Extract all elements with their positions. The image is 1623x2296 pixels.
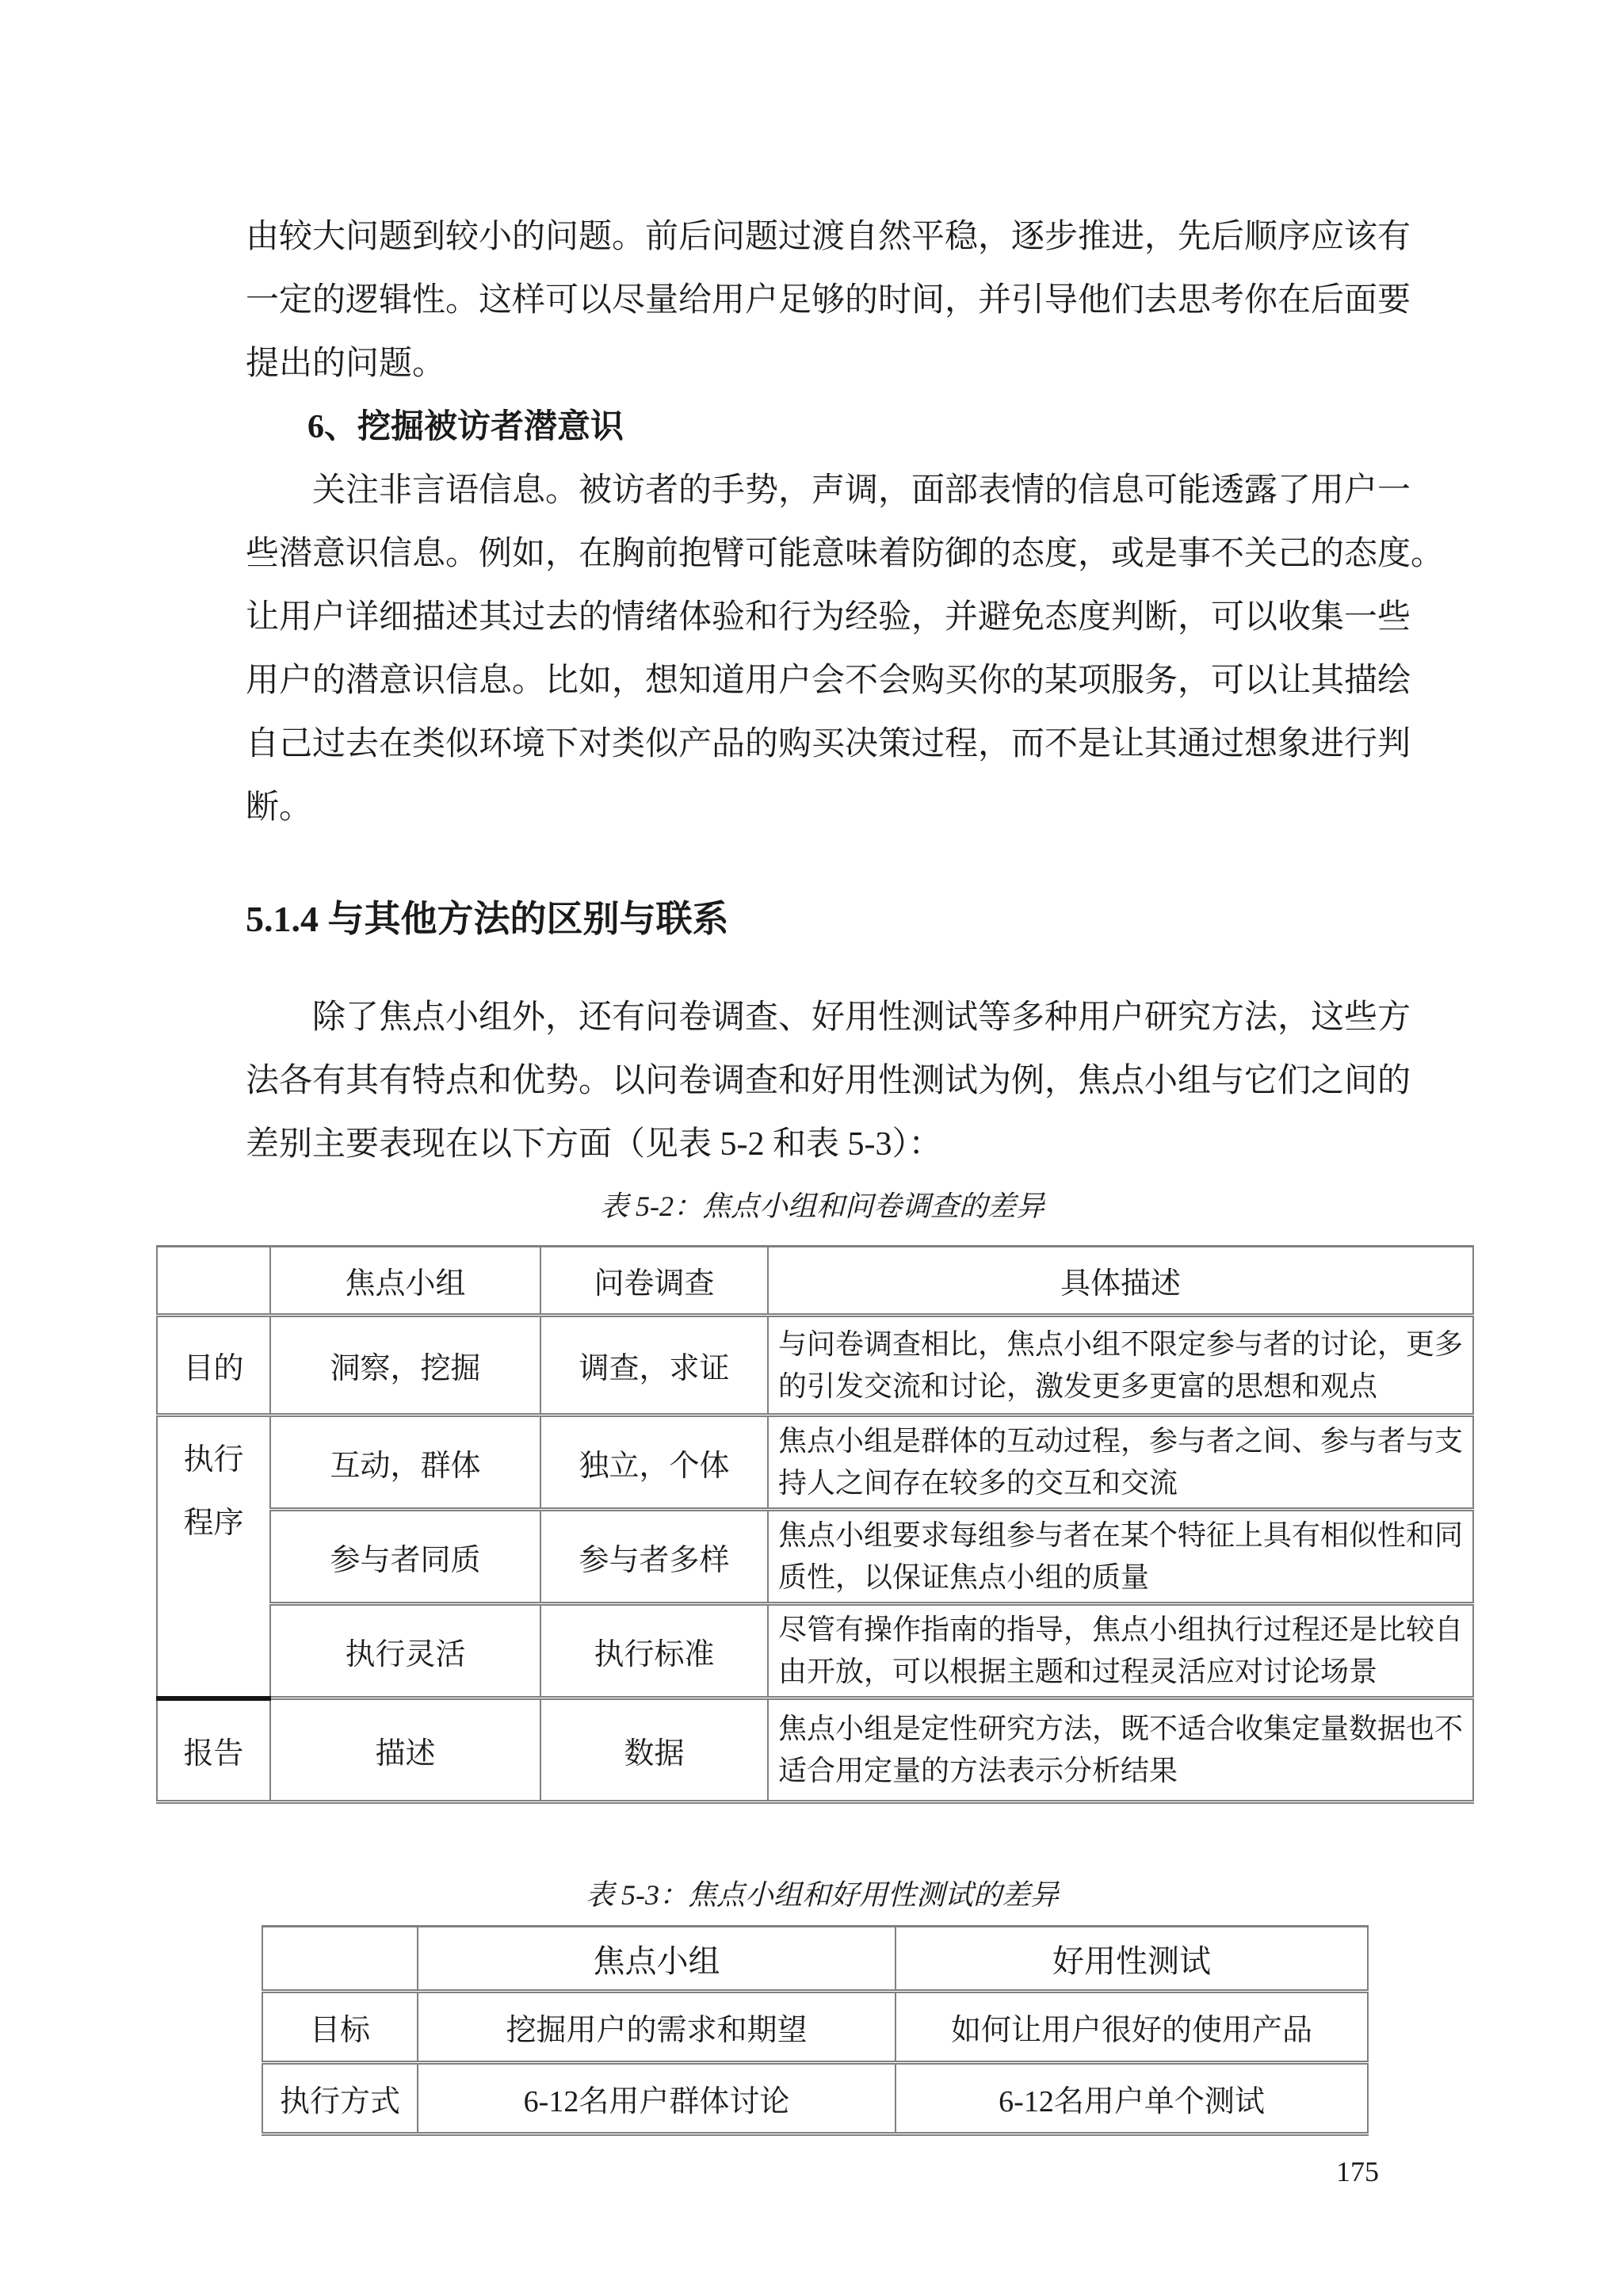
table-row: 参与者同质 参与者多样 焦点小组要求每组参与者在某个特征上具有相似性和同质性，以…	[157, 1510, 1473, 1604]
row-label-cell-merged: 执行程序	[157, 1415, 270, 1698]
description-cell: 与问卷调查相比，焦点小组不限定参与者的讨论，更多的引发交流和讨论，激发更多更富的…	[768, 1316, 1473, 1415]
table-5-3-caption: 表 5-3：焦点小组和好用性测试的差异	[246, 1871, 1399, 1919]
text-line: 一定的逻辑性。这样可以尽量给用户足够的时间，并引导他们去思考你在后面要	[246, 269, 1399, 332]
text-line: 些潜意识信息。例如，在胸前抱臂可能意味着防御的态度，或是事不关己的态度。	[246, 522, 1399, 586]
focus-group-cell: 洞察，挖掘	[270, 1316, 540, 1415]
text-line: 法各有其有特点和优势。以问卷调查和好用性测试为例，焦点小组与它们之间的	[246, 1049, 1399, 1113]
usability-test-cell: 6-12名用户单个测试	[896, 2063, 1368, 2134]
table-5-3-header-row: 焦点小组 好用性测试	[262, 1927, 1368, 1992]
text-line: 关注非言语信息。被访者的手势，声调，面部表情的信息可能透露了用户一	[246, 459, 1399, 522]
text-line: 由较大问题到较小的问题。前后问题过渡自然平稳，逐步推进，先后顺序应该有	[246, 205, 1399, 269]
table-row: 报告 描述 数据 焦点小组是定性研究方法，既不适合收集定量数据也不适合用定量的方…	[157, 1698, 1473, 1802]
survey-cell: 执行标准	[540, 1604, 768, 1698]
row-label-cell: 目标	[262, 1992, 418, 2063]
table-5-2-caption: 表 5-2：焦点小组和问卷调查的差异	[246, 1182, 1399, 1230]
focus-group-cell: 描述	[270, 1698, 540, 1802]
section-heading-5-1-4: 5.1.4 与其他方法的区别与联系	[246, 882, 1399, 957]
table-row: 执行灵活 执行标准 尽管有操作指南的指导，焦点小组执行过程还是比较自由开放，可以…	[157, 1604, 1473, 1698]
header-cell-survey: 问卷调查	[540, 1247, 768, 1316]
table-5-2: 焦点小组 问卷调查 具体描述 目的 洞察，挖掘 调查，求证 与问卷调查相比，焦点…	[156, 1245, 1474, 1804]
description-cell: 焦点小组是群体的互动过程，参与者之间、参与者与支持人之间存在较多的交互和交流	[768, 1415, 1473, 1510]
row-label-cell: 报告	[157, 1698, 270, 1802]
survey-cell: 调查，求证	[540, 1316, 768, 1415]
paragraph-3: 除了焦点小组外，还有问卷调查、好用性测试等多种用户研究方法，这些方 法各有其有特…	[246, 986, 1399, 1176]
focus-group-cell: 6-12名用户群体讨论	[418, 2063, 896, 2134]
subsection-heading-text: 6、挖掘被访者潜意识	[246, 395, 1399, 459]
document-page: 由较大问题到较小的问题。前后问题过渡自然平稳，逐步推进，先后顺序应该有 一定的逻…	[0, 0, 1623, 2296]
survey-cell: 参与者多样	[540, 1510, 768, 1604]
text-line: 用户的潜意识信息。比如，想知道用户会不会购买你的某项服务，可以让其描绘	[246, 649, 1399, 712]
table-row: 目标 挖掘用户的需求和期望 如何让用户很好的使用产品	[262, 1992, 1368, 2063]
survey-cell: 数据	[540, 1698, 768, 1802]
page-number: 175	[0, 2155, 1623, 2188]
focus-group-cell: 参与者同质	[270, 1510, 540, 1604]
text-line: 提出的问题。	[246, 332, 1399, 395]
header-cell-focus-group: 焦点小组	[418, 1927, 896, 1992]
description-cell: 尽管有操作指南的指导，焦点小组执行过程还是比较自由开放，可以根据主题和过程灵活应…	[768, 1604, 1473, 1698]
header-cell-empty	[157, 1247, 270, 1316]
header-cell-description: 具体描述	[768, 1247, 1473, 1316]
text-line: 差别主要表现在以下方面（见表 5-2 和表 5-3）：	[246, 1113, 1399, 1176]
subsection-heading-6: 6、挖掘被访者潜意识	[246, 395, 1399, 459]
usability-test-cell: 如何让用户很好的使用产品	[896, 1992, 1368, 2063]
focus-group-cell: 互动，群体	[270, 1415, 540, 1510]
focus-group-cell: 挖掘用户的需求和期望	[418, 1992, 896, 2063]
header-cell-usability-test: 好用性测试	[896, 1927, 1368, 1992]
table-row: 执行方式 6-12名用户群体讨论 6-12名用户单个测试	[262, 2063, 1368, 2134]
description-cell: 焦点小组要求每组参与者在某个特征上具有相似性和同质性，以保证焦点小组的质量	[768, 1510, 1473, 1604]
description-cell: 焦点小组是定性研究方法，既不适合收集定量数据也不适合用定量的方法表示分析结果	[768, 1698, 1473, 1802]
text-line: 断。	[246, 776, 1399, 839]
row-label-text: 执行程序	[180, 1428, 248, 1555]
text-line: 让用户详细描述其过去的情绪体验和行为经验，并避免态度判断，可以收集一些	[246, 586, 1399, 649]
focus-group-cell: 执行灵活	[270, 1604, 540, 1698]
paragraph-1: 由较大问题到较小的问题。前后问题过渡自然平稳，逐步推进，先后顺序应该有 一定的逻…	[246, 0, 1399, 395]
row-label-cell: 目的	[157, 1316, 270, 1415]
survey-cell: 独立，个体	[540, 1415, 768, 1510]
table-row: 执行程序 互动，群体 独立，个体 焦点小组是群体的互动过程，参与者之间、参与者与…	[157, 1415, 1473, 1510]
table-5-3: 焦点小组 好用性测试 目标 挖掘用户的需求和期望 如何让用户很好的使用产品 执行…	[262, 1925, 1369, 2136]
text-line: 自己过去在类似环境下对类似产品的购买决策过程，而不是让其通过想象进行判	[246, 712, 1399, 776]
row-label-cell: 执行方式	[262, 2063, 418, 2134]
header-cell-focus-group: 焦点小组	[270, 1247, 540, 1316]
paragraph-2: 关注非言语信息。被访者的手势，声调，面部表情的信息可能透露了用户一 些潜意识信息…	[246, 459, 1399, 839]
table-5-2-header-row: 焦点小组 问卷调查 具体描述	[157, 1247, 1473, 1316]
table-row: 目的 洞察，挖掘 调查，求证 与问卷调查相比，焦点小组不限定参与者的讨论，更多的…	[157, 1316, 1473, 1415]
text-line: 除了焦点小组外，还有问卷调查、好用性测试等多种用户研究方法，这些方	[246, 986, 1399, 1049]
header-cell-empty	[262, 1927, 418, 1992]
